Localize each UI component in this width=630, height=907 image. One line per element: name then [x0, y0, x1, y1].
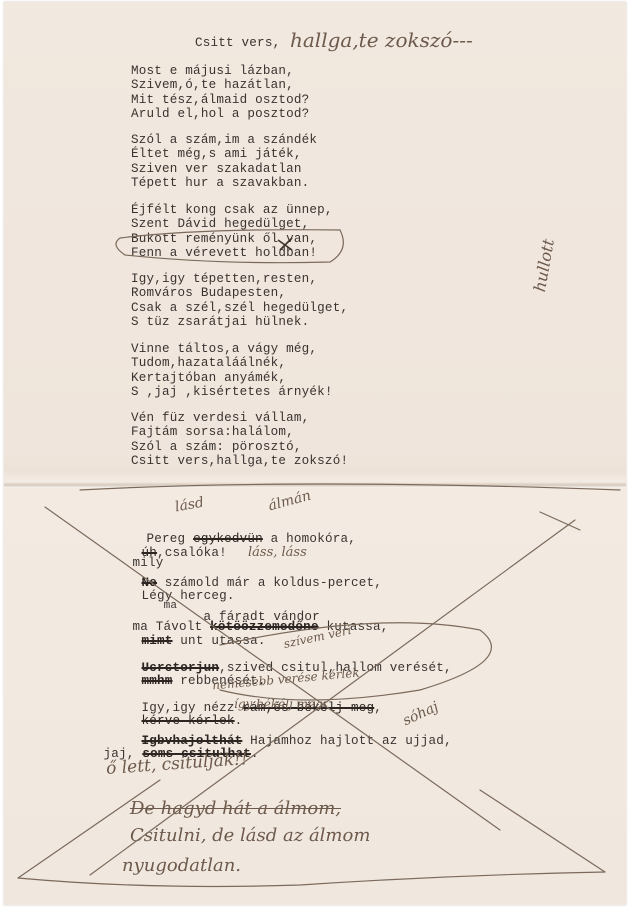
pencil-strike-marks [0, 0, 630, 907]
